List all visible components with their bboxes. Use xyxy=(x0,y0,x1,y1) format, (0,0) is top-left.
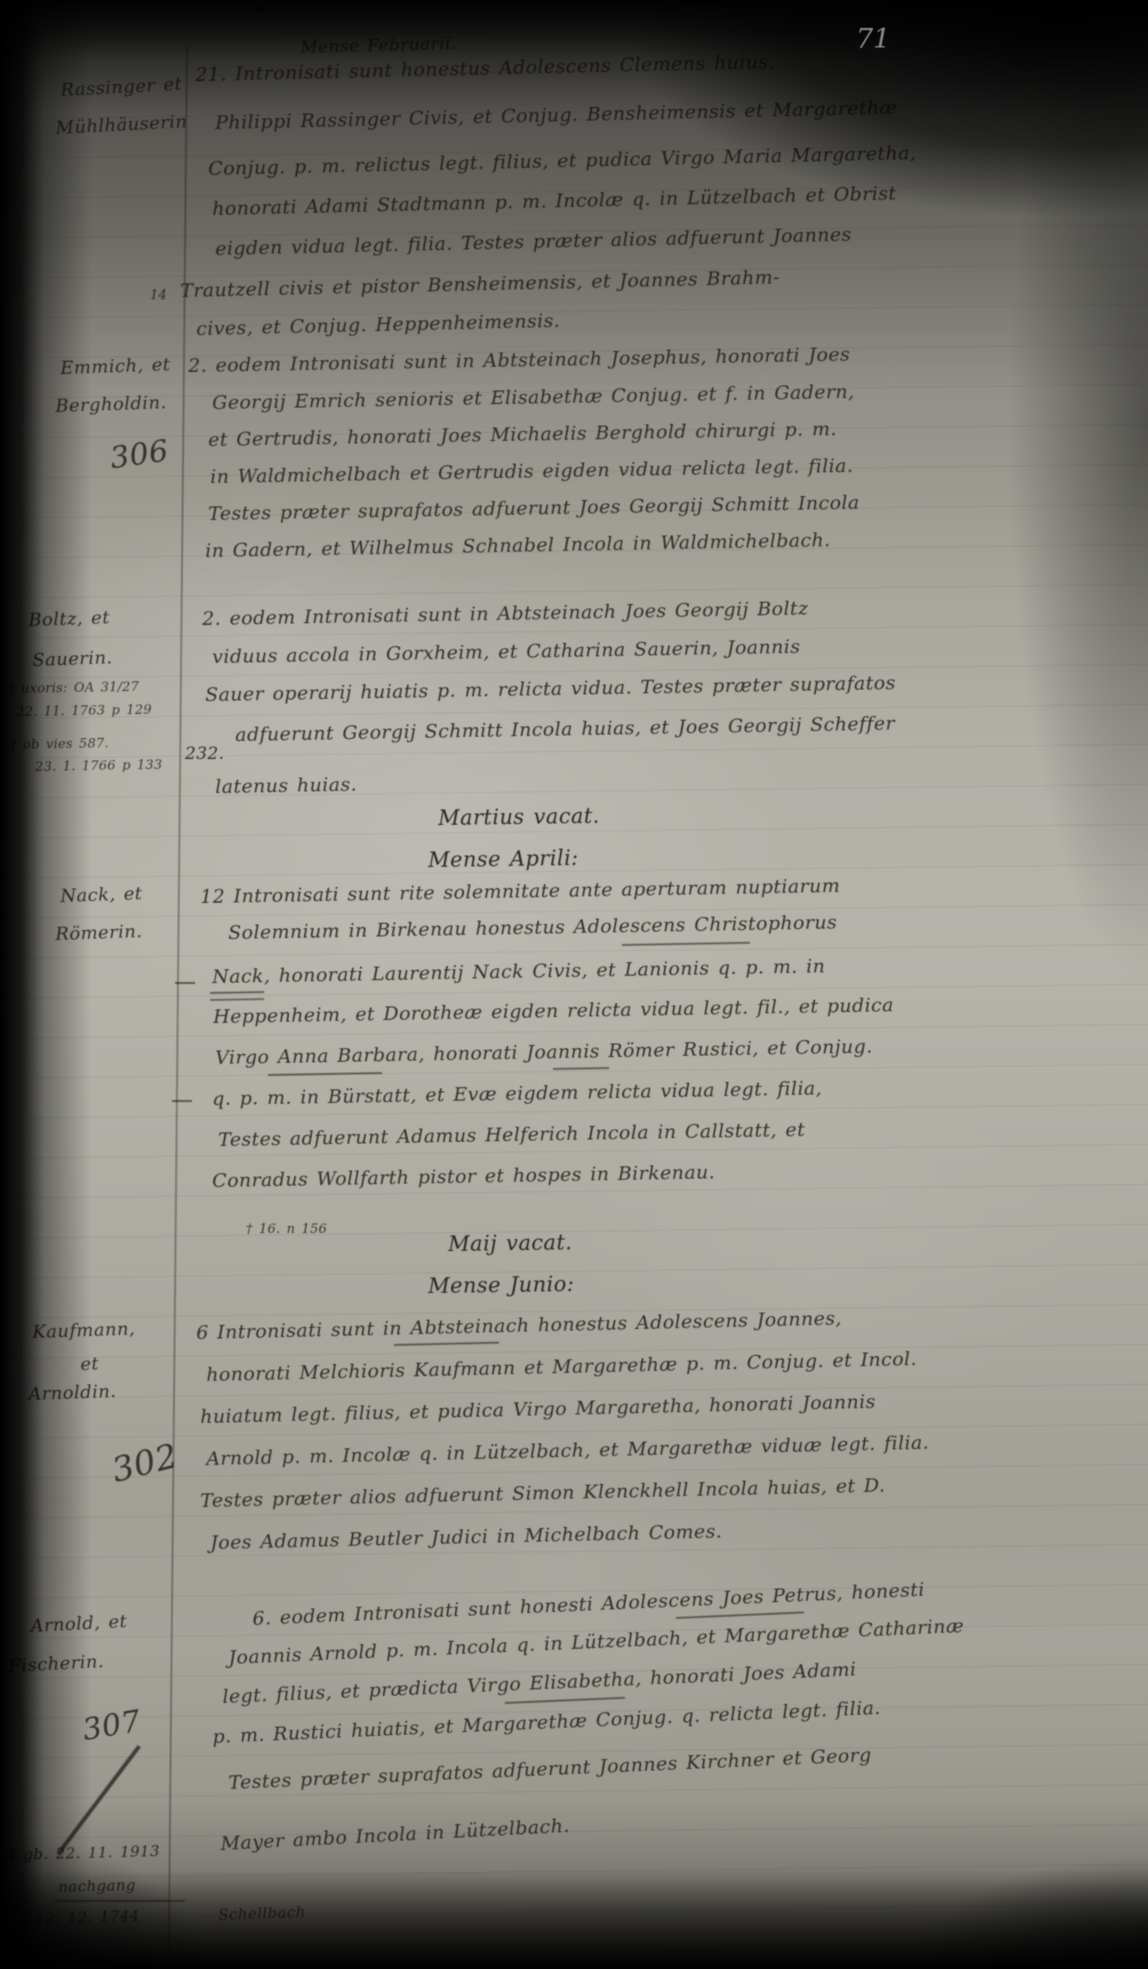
entry-margin-number: 232. xyxy=(185,744,224,764)
cross-reference-note: † ob vies 587. xyxy=(10,736,109,753)
cross-reference-note: 22. 11. 1763 p 129 xyxy=(16,703,152,720)
place-note: Schellbach xyxy=(218,1903,306,1924)
ink-underline xyxy=(55,1900,185,1902)
cross-reference-note: † 16. n 156 xyxy=(246,1222,327,1237)
ink-underline xyxy=(210,991,264,1001)
register-page-photo: 27 Mense Februarii. 71 Rassinger et Mühl… xyxy=(0,0,1148,1969)
month-header: Mense Februarii. xyxy=(300,34,457,58)
page-number: 71 xyxy=(856,24,890,55)
marginal-mark: 14 xyxy=(150,288,167,303)
entry-margin-name: Bergholdin. xyxy=(55,392,167,417)
entry-margin-name: Boltz, et xyxy=(28,607,110,631)
entry-margin-name: Emmich, et xyxy=(60,354,171,379)
cross-reference-note: 23. 1. 1766 p 133 xyxy=(35,758,162,775)
archival-note: † 12. 12. 1744 xyxy=(20,1907,140,1928)
cross-reference-note: † uxoris: OA 31/27 xyxy=(8,680,139,697)
month-heading: Maij vacat. xyxy=(448,1230,572,1256)
entry-margin-name: Römerin. xyxy=(55,921,143,945)
entry-margin-name: Kaufmann, xyxy=(32,1318,135,1343)
entry-margin-name: et xyxy=(80,1353,99,1375)
ink-dash xyxy=(172,1100,192,1102)
ink-dash xyxy=(175,982,195,984)
entry-margin-name: Sauerin. xyxy=(32,647,113,671)
entry-text-line: latenus huias. xyxy=(215,774,357,798)
entry-margin-name: Arnoldin. xyxy=(28,1381,117,1405)
month-heading: Mense Aprili: xyxy=(428,846,579,872)
cut-off-text-fragment: 27 xyxy=(256,0,285,17)
entry-margin-name: Nack, et xyxy=(60,883,143,907)
month-heading: Mense Junio: xyxy=(428,1272,574,1298)
archival-note: nachgang xyxy=(58,1876,136,1896)
month-heading: Martius vacat. xyxy=(438,804,600,830)
